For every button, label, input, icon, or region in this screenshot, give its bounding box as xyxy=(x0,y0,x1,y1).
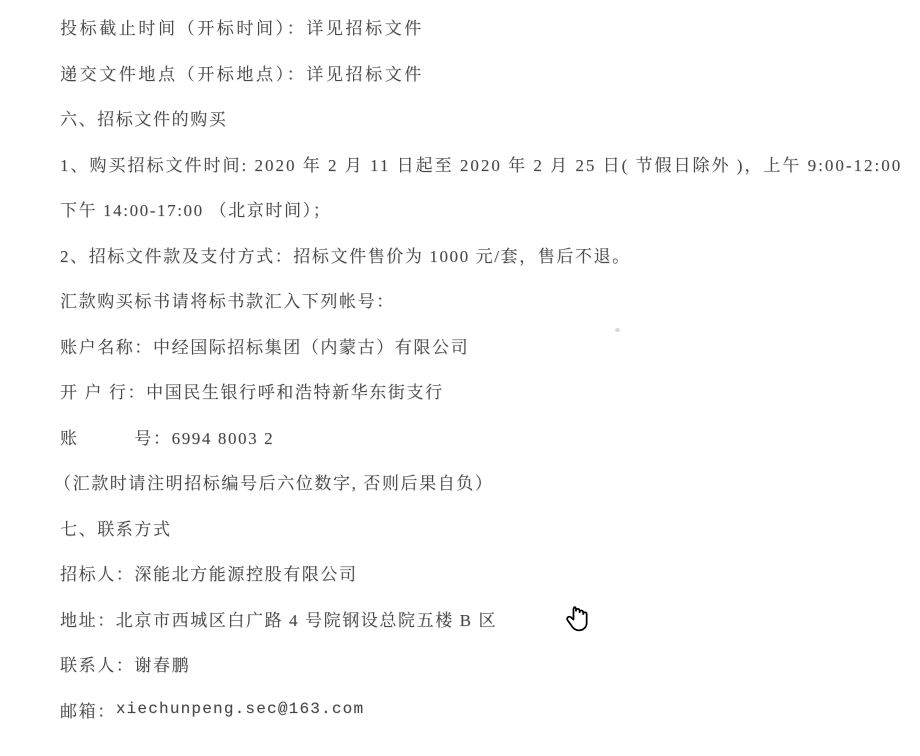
scanned-document-page: 投标截止时间（开标时间）：详见招标文件 递交文件地点（开标地点）：详见招标文件 … xyxy=(0,0,920,756)
heading-section-6: 六、招标文件的购买 xyxy=(60,95,920,141)
line-bid-deadline: 投标截止时间（开标时间）：详见招标文件 xyxy=(60,4,920,50)
line-account-number: 账 号：6994 8003 2 xyxy=(60,414,920,460)
line-submission-location: 递交文件地点（开标地点）：详见招标文件 xyxy=(60,50,920,96)
scan-speck xyxy=(615,328,620,332)
line-purchase-time-part1: 1、购买招标文件时间: 2020 年 2 月 11 日起至 2020 年 2 月… xyxy=(60,141,920,187)
email-address: xiechunpeng.sec@163.com xyxy=(116,700,364,718)
line-remittance-warning: （汇款时请注明招标编号后六位数字, 否则后果自负） xyxy=(54,459,920,505)
line-document-price: 2、招标文件款及支付方式：招标文件售价为 1000 元/套，售后不退。 xyxy=(60,232,920,278)
email-label: 邮箱： xyxy=(60,697,116,722)
line-address: 地址：北京市西城区白广路 4 号院钢设总院五楼 B 区 xyxy=(60,596,920,642)
line-remittance-note: 汇款购买标书请将标书款汇入下列帐号： xyxy=(60,277,920,323)
line-bank-name: 开 户 行：中国民生银行呼和浩特新华东街支行 xyxy=(60,368,920,414)
line-tenderee: 招标人：深能北方能源控股有限公司 xyxy=(60,550,920,596)
line-account-name: 账户名称：中经国际招标集团（内蒙古）有限公司 xyxy=(60,323,920,369)
line-contact-person: 联系人：谢春鹏 xyxy=(60,641,920,687)
heading-section-7: 七、联系方式 xyxy=(60,505,920,551)
line-purchase-time-part2: 下午 14:00-17:00 （北京时间）； xyxy=(60,186,920,232)
line-email: 邮箱：xiechunpeng.sec@163.com xyxy=(60,687,920,733)
